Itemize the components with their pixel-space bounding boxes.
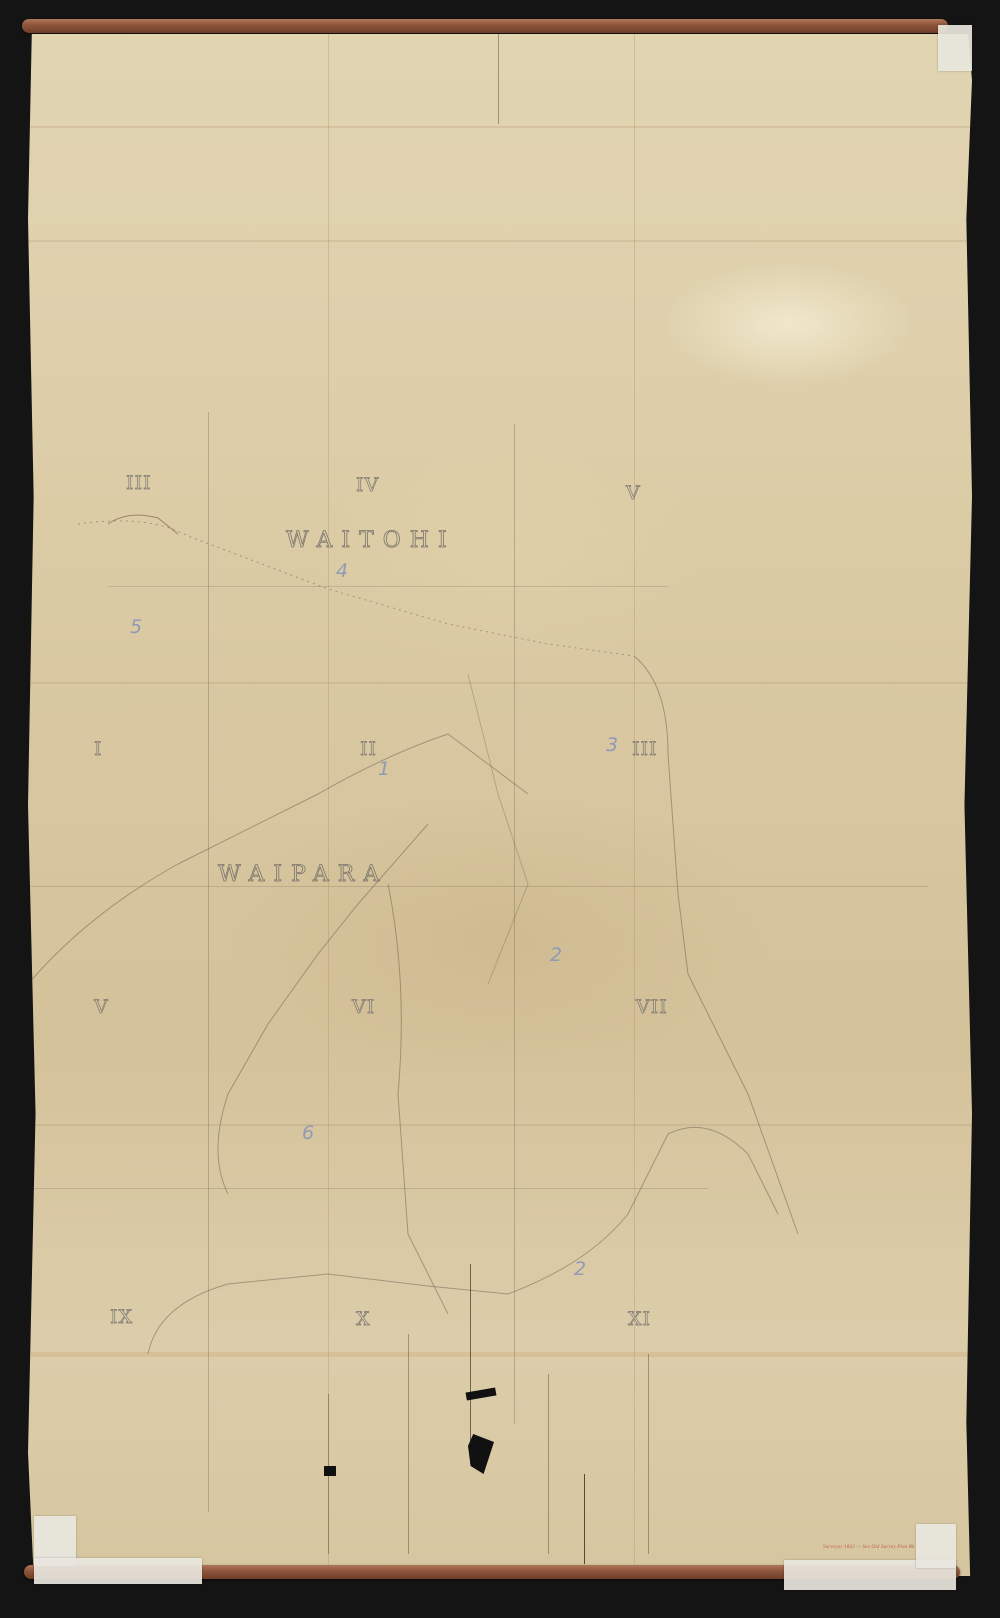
repair-tape	[34, 1558, 202, 1584]
paper-crack	[648, 1354, 649, 1554]
paper-crack	[584, 1474, 585, 1564]
block-label: II	[360, 738, 377, 760]
section-number: 4	[336, 560, 348, 582]
repair-tape	[916, 1524, 956, 1568]
section-number: 3	[606, 734, 618, 756]
block-label: IX	[110, 1306, 133, 1328]
surveyor-annotation: Surveyor 1862 — See Old Survey Plan Bk 3…	[823, 1545, 921, 1550]
section-number: 5	[130, 616, 142, 638]
block-label: V	[626, 482, 641, 504]
block-label: I	[94, 738, 103, 760]
paper-crack	[408, 1334, 409, 1554]
block-label: V	[94, 996, 109, 1018]
block-label: III	[632, 738, 658, 760]
top-hanging-rod	[22, 19, 948, 33]
section-number: 2	[550, 944, 562, 966]
paper-crack	[470, 1264, 471, 1464]
block-label: IV	[356, 474, 379, 496]
survey-boundaries	[28, 34, 972, 1576]
section-number: 2	[574, 1258, 586, 1280]
block-label: X	[356, 1308, 371, 1330]
block-label: VI	[352, 996, 375, 1018]
district-label-waitohi: WAITOHI	[286, 528, 456, 553]
paper-crack	[498, 34, 499, 124]
block-label: VII	[636, 996, 668, 1018]
block-label: XI	[628, 1308, 651, 1330]
repair-tape	[938, 25, 972, 71]
paper-tear	[324, 1466, 336, 1476]
paper-crack	[548, 1374, 549, 1554]
map-sheet: WAITOHI WAIPARA III IV V I II III V VI V…	[28, 34, 972, 1576]
section-number: 1	[378, 758, 390, 780]
block-label: III	[126, 472, 152, 494]
section-number: 6	[302, 1122, 314, 1144]
district-label-waipara: WAIPARA	[218, 862, 388, 887]
